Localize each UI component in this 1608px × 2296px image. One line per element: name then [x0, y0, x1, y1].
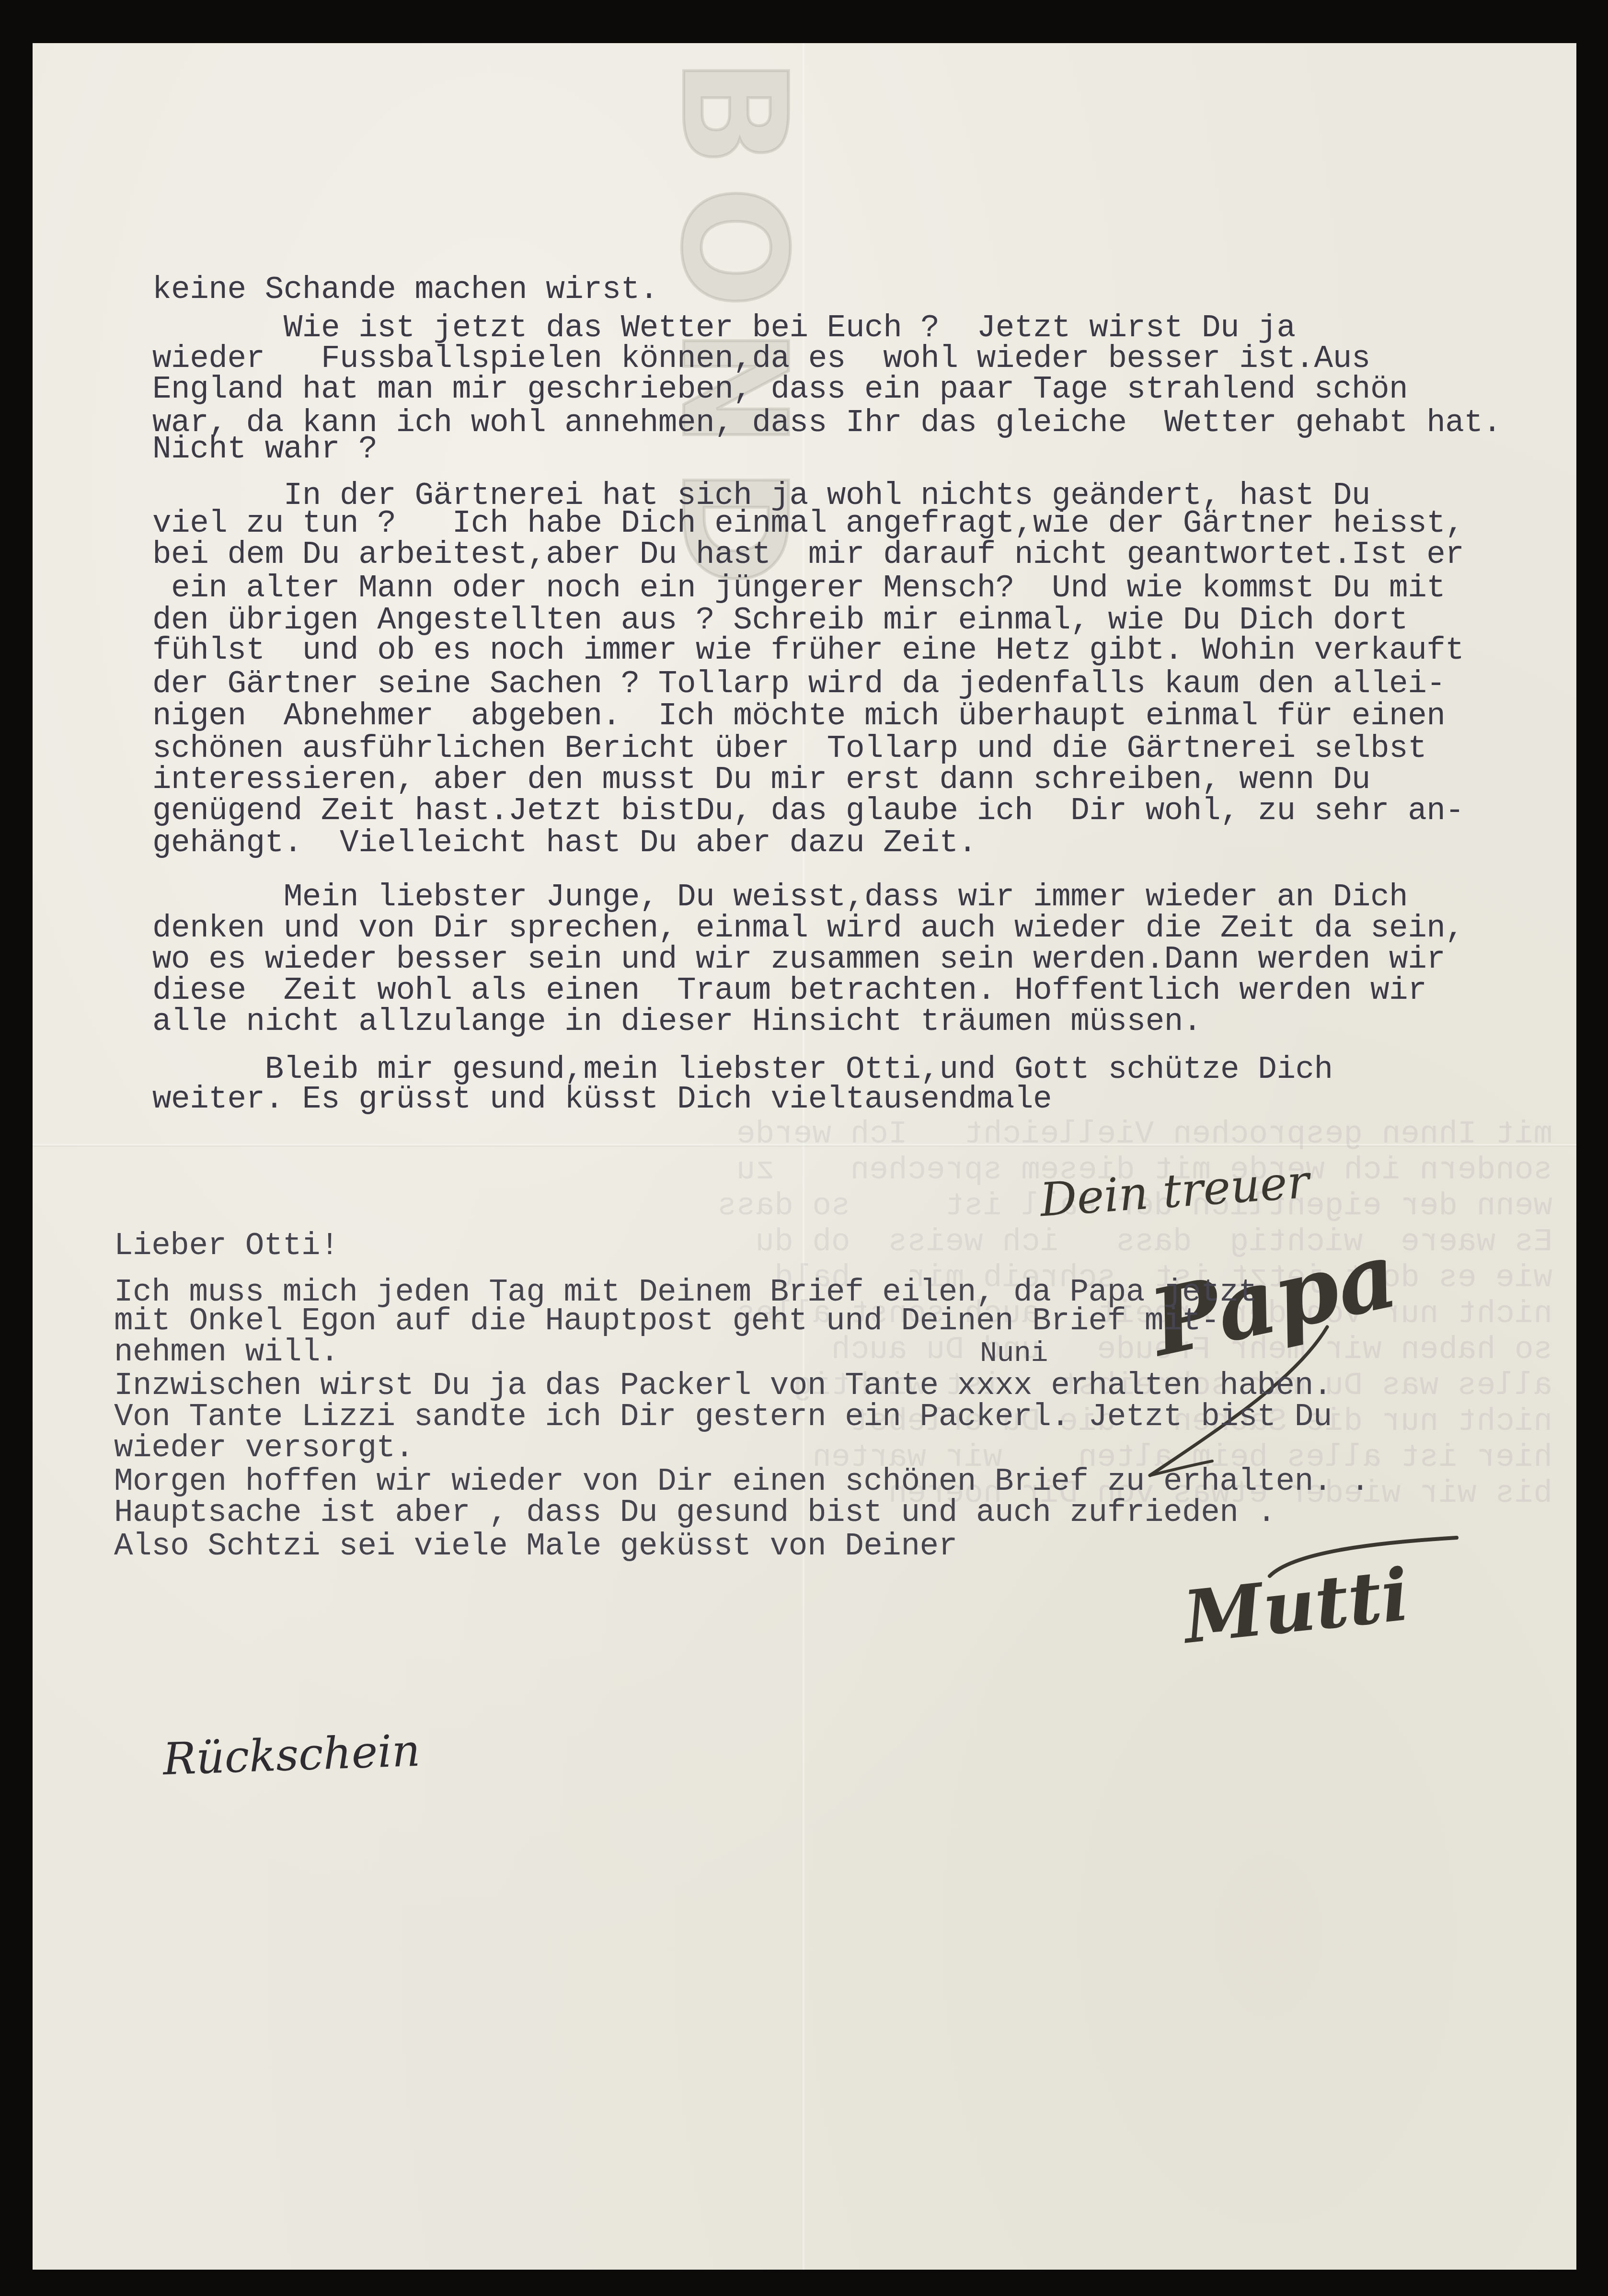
letter-line: Morgen hoffen wir wieder von Dir einen s… [114, 1466, 1369, 1497]
letter-line: alle nicht allzulange in dieser Hinsicht… [152, 1006, 1202, 1038]
letter-line: mit Onkel Egon auf die Hauptpost geht un… [114, 1305, 1219, 1337]
letter-line: bei dem Du arbeitest,aber Du hast mir da… [152, 539, 1464, 571]
letter-line: Also Schtzi sei viele Male geküsst von D… [114, 1531, 957, 1562]
letter-line: Mein liebster Junge, Du weisst,dass wir … [152, 881, 1408, 913]
insertion-above-struck-word: Nuni [980, 1338, 1048, 1370]
letter-line: Inzwischen wirst Du ja das Packerl von T… [114, 1370, 1332, 1402]
letter-line: schönen ausführlichen Bericht über Tolla… [152, 733, 1426, 765]
letter-line: den übrigen Angestellten aus ? Schreib m… [152, 605, 1408, 636]
letter-line: wieder versorgt. [114, 1432, 414, 1464]
letter-line: Hauptsache ist aber , dass Du gesund bis… [114, 1497, 1276, 1529]
letter-line: keine Schande machen wirst. [152, 274, 658, 306]
letter-line: weiter. Es grüsst und küsst Dich vieltau… [152, 1084, 1052, 1115]
letter-line: interessieren, aber den musst Du mir ers… [152, 764, 1370, 796]
letter-line: wieder Fussballspielen können,da es wohl… [152, 343, 1370, 375]
letter-line: England hat man mir geschrieben, dass ei… [152, 374, 1408, 405]
salutation: Lieber Otti! [114, 1230, 339, 1262]
letter-line: viel zu tun ? Ich habe Dich einmal angef… [152, 508, 1464, 539]
letter-line: Nicht wahr ? [152, 434, 377, 465]
letter-line: nehmen will. [114, 1336, 339, 1368]
letter-line: diese Zeit wohl als einen Traum betracht… [152, 975, 1426, 1006]
letter-line: Von Tante Lizzi sandte ich Dir gestern e… [114, 1401, 1332, 1433]
letter-line: der Gärtner seine Sachen ? Tollarp wird … [152, 668, 1445, 700]
letter-line: denken und von Dir sprechen, einmal wird… [152, 913, 1464, 944]
letter-line: gehängt. Vielleicht hast Du aber dazu Ze… [152, 827, 977, 859]
handwritten-margin-note: Rückschein [162, 1725, 421, 1785]
letter-line: Wie ist jetzt das Wetter bei Euch ? Jetz… [152, 312, 1296, 344]
letter-line: nigen Abnehmer abgeben. Ich möchte mich … [152, 700, 1445, 732]
letter-line: ein alter Mann oder noch ein jüngerer Me… [152, 572, 1445, 604]
letter-line: wo es wieder besser sein und wir zusamme… [152, 944, 1445, 975]
letter-line: fühlst und ob es noch immer wie früher e… [152, 635, 1464, 666]
letter-line: genügend Zeit hast.Jetzt bistDu, das gla… [152, 795, 1464, 827]
